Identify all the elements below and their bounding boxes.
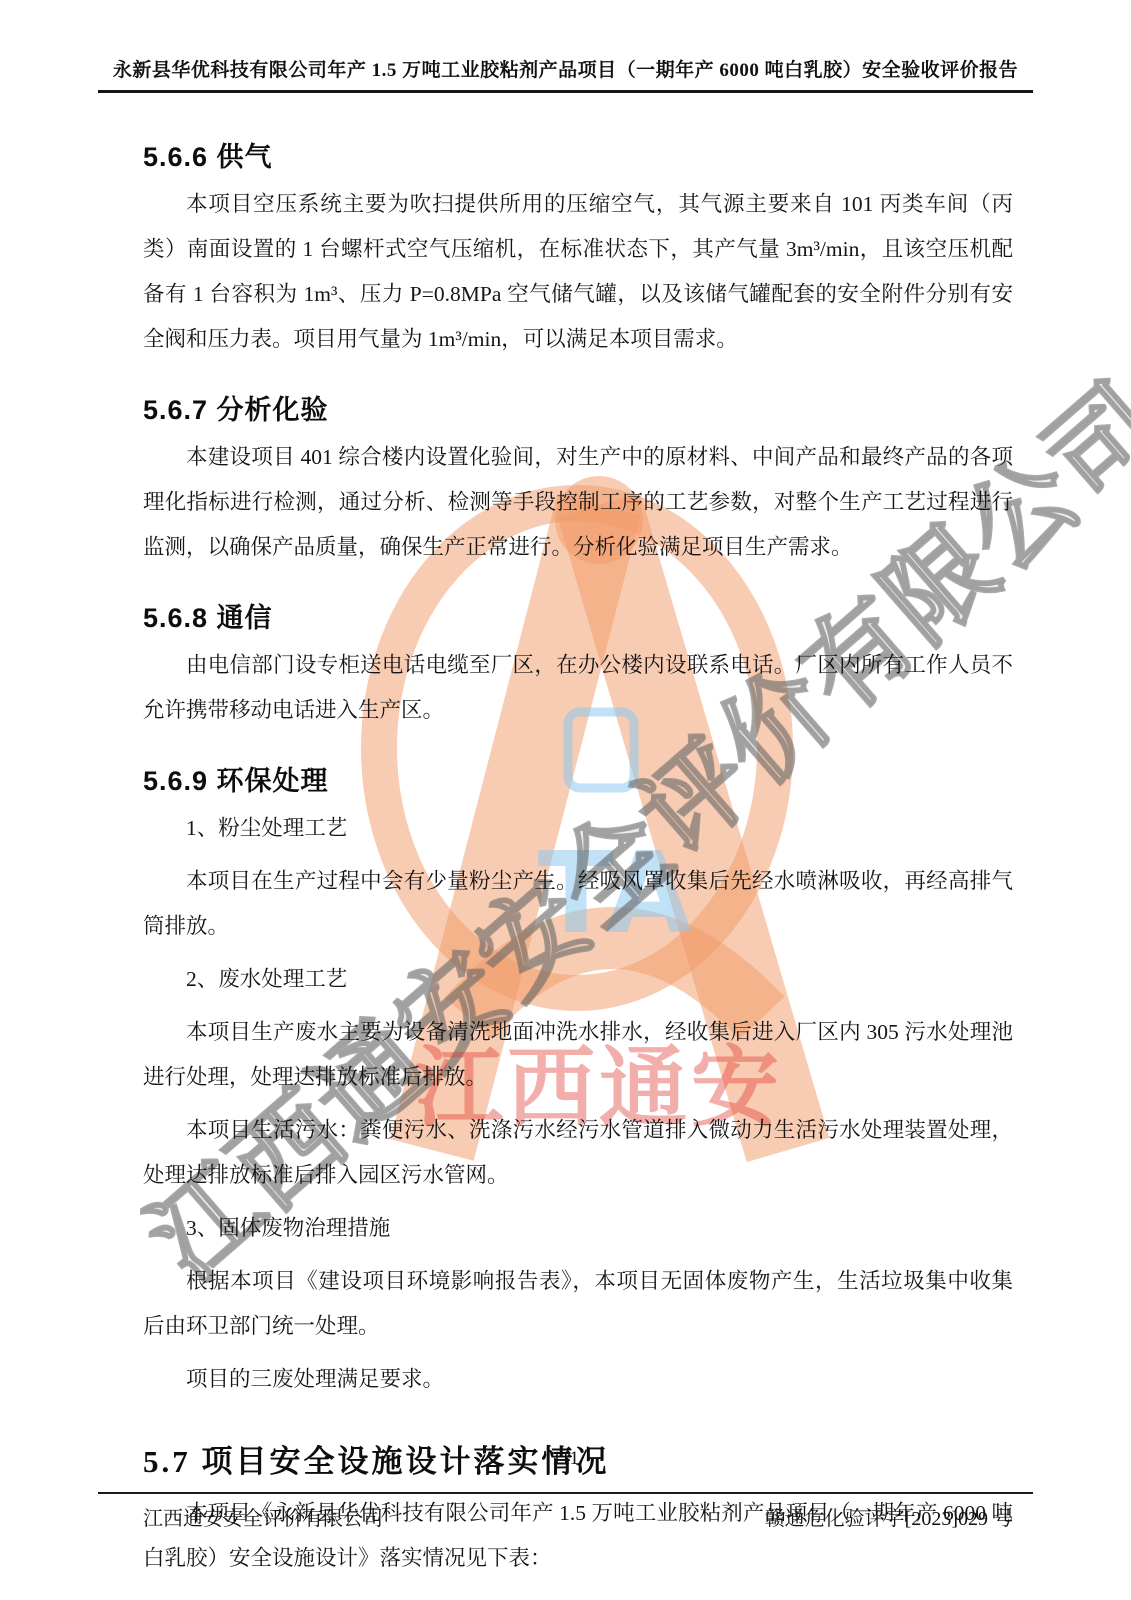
paragraph: 根据本项目《建设项目环境影响报告表》，本项目无固体废物产生，生活垃圾集中收集后由… (143, 1259, 1013, 1349)
section-heading-5-6-9: 5.6.9 环保处理 (143, 759, 1013, 798)
list-item-heading: 3、固体废物治理措施 (143, 1206, 1013, 1251)
list-item-heading: 2、废水处理工艺 (143, 957, 1013, 1002)
footer-rule (98, 1492, 1033, 1494)
paragraph: 本项目生产废水主要为设备清洗地面冲洗水排水，经收集后进入厂区内 305 污水处理… (143, 1010, 1013, 1100)
paragraph: 本项目在生产过程中会有少量粉尘产生。经吸风罩收集后先经水喷淋吸收，再经高排气筒排… (143, 859, 1013, 949)
section-heading-5-6-8: 5.6.8 通信 (143, 596, 1013, 635)
page-number: 111 (0, 1448, 1131, 1470)
document-body: 5.6.6 供气 本项目空压系统主要为吹扫提供所用的压缩空气，其气源主要来自 1… (0, 0, 1131, 1581)
paragraph: 本项目生活污水：粪便污水、洗涤污水经污水管道排入微动力生活污水处理装置处理，处理… (143, 1108, 1013, 1198)
section-heading-5-6-6: 5.6.6 供气 (143, 135, 1013, 174)
paragraph: 本建设项目 401 综合楼内设置化验间，对生产中的原材料、中间产品和最终产品的各… (143, 435, 1013, 570)
list-item-heading: 1、粉尘处理工艺 (143, 806, 1013, 851)
paragraph: 本项目空压系统主要为吹扫提供所用的压缩空气，其气源主要来自 101 丙类车间（丙… (143, 182, 1013, 362)
paragraph: 由电信部门设专柜送电话电缆至厂区，在办公楼内设联系电话。厂区内所有工作人员不允许… (143, 643, 1013, 733)
footer-company: 江西通安安全评价有限公司 (143, 1502, 383, 1531)
section-heading-5-6-7: 5.6.7 分析化验 (143, 388, 1013, 427)
page-footer: 江西通安安全评价有限公司 赣通危化验评字[2023]029 号 (143, 1502, 1013, 1531)
paragraph: 项目的三废处理满足要求。 (143, 1357, 1013, 1402)
footer-doc-number: 赣通危化验评字[2023]029 号 (765, 1502, 1013, 1531)
